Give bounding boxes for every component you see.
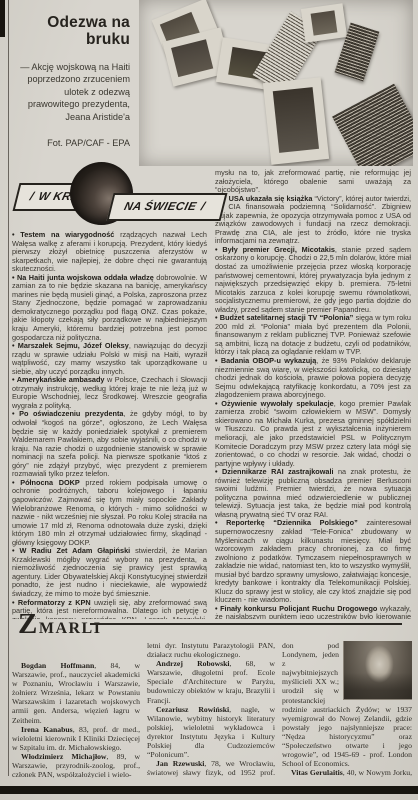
- popper-portrait-photo: [344, 641, 412, 699]
- obituary-name: Irena Kanabus: [21, 725, 73, 734]
- news-item-text: mysłu na to, jak zreformować partię, nie…: [215, 169, 411, 194]
- obituary-entry: Jan Rzewuski, 78, we Wrocławiu, światowe…: [147, 759, 275, 778]
- article-header: Odezwa na bruku — Akcję wojskową na Hait…: [14, 14, 130, 148]
- obituaries-rule: [90, 623, 402, 625]
- obituary-name: Włodzimierz Michajłow: [21, 752, 107, 761]
- obituary-text: , nagle, w Wilanowie, wybitny historyk l…: [147, 705, 275, 759]
- news-item-text: na znak protestu, że również telewizję p…: [215, 467, 411, 519]
- obituaries-title: Zmarli: [18, 608, 101, 641]
- news-item-text: , że gdyby mógł, to by odwołał “kogoś na…: [12, 409, 207, 478]
- news-item: • Na Haiti junta wojskowa oddała władzę …: [12, 274, 207, 342]
- obituary-entry: Vitas Gerulaitis, 40, w Nowym Jorku, b. …: [282, 768, 412, 778]
- news-item-text: dobrowolnie. W zamian za to nie będzie s…: [12, 273, 207, 342]
- news-item: • Północna DOKP przed rokiem podpisała u…: [12, 479, 207, 547]
- obituary-entry: Irena Kanabus, 83, prof. dr med., wielol…: [12, 725, 140, 752]
- scan-corner-mark: [0, 0, 5, 37]
- news-column-right: mysłu na to, jak zreformować partię, nie…: [215, 169, 411, 619]
- news-item: • W USA ukazała się książka “Victory”, k…: [215, 195, 411, 246]
- obituary-name: Jan Rzewuski: [156, 759, 204, 768]
- news-item-text: , stanie przed sądem oskarżony o korupcj…: [215, 245, 411, 314]
- obituary-text: letni dyr. Instytutu Parazytologii PAN, …: [147, 641, 275, 659]
- news-item: • Budżet satelitarnej stacji TV “Polonia…: [215, 314, 411, 357]
- news-item-text: stwierdził, że Marian Krzaklewski mógłby…: [12, 546, 207, 598]
- obituaries-column-3: don pod Londynem, jeden z najwybitniejsz…: [282, 641, 412, 778]
- photo-caption: — Akcję wojskową na Haiti poprzedzono zr…: [14, 61, 130, 123]
- obituary-entry: Bogdan Hoffmann, 84, w Warszawie, prof.,…: [12, 661, 140, 725]
- photo-credit: Fot. PAP/CAF - EPA: [14, 138, 130, 148]
- obituary-text: , 84, w Warszawie, prof., nauczyciel aka…: [12, 661, 140, 725]
- news-item-text: przed rokiem podpisała umowę o ochronie …: [12, 478, 207, 547]
- news-item: mysłu na to, jak zreformować partię, nie…: [215, 169, 411, 195]
- leaflet: [263, 77, 329, 165]
- news-item: • W Radiu Zet Adam Głapiński stwierdził,…: [12, 547, 207, 598]
- news-item: • Po oświadczeniu prezydenta, że gdyby m…: [12, 410, 207, 478]
- obituary-name: Andrzej Robowski: [156, 659, 230, 668]
- obituaries-column-1: Bogdan Hoffmann, 84, w Warszawie, prof.,…: [12, 641, 140, 778]
- section-banner: / W KRAJU NA ŚWIECIE /: [0, 160, 232, 230]
- obituary-name: Vitas Gerulaitis: [291, 768, 343, 777]
- leaflet: [301, 3, 347, 43]
- news-item: • Reporterkę “Dziennika Polskiego” zaint…: [215, 519, 411, 604]
- section-label-world: NA ŚWIECIE /: [107, 193, 228, 221]
- news-column-left: • Testem na wiarygodność rządzących nazw…: [12, 231, 207, 619]
- news-item: • Dziennikarze RAI zastrajkowali na znak…: [215, 468, 411, 519]
- newspaper-page: Odezwa na bruku — Akcję wojskową na Hait…: [0, 0, 418, 800]
- leaflet: [332, 84, 413, 166]
- obituary-entry: Andrzej Robowski, 68, w Warszawie, długo…: [147, 659, 275, 704]
- slash-decoration: /: [200, 201, 207, 213]
- obituary-entry: letni dyr. Instytutu Parazytologii PAN, …: [147, 641, 275, 659]
- page-bottom-rule: [0, 786, 418, 794]
- news-item: • Finały konkursu Policjant Ruchu Drogow…: [215, 605, 411, 619]
- obituary-entry: Cezariusz Rowiński, nagle, w Wilanowie, …: [147, 705, 275, 760]
- section-label-world-text: NA ŚWIECIE: [123, 201, 198, 213]
- news-item-text: “Victory”, której autor twierdzi, że CIA…: [215, 194, 411, 246]
- news-item: • Były premier Grecji, Micotakis, stanie…: [215, 246, 411, 314]
- news-item: • Ożywienie wywołały spekulacje, kogo pr…: [215, 400, 411, 468]
- obituaries-column-2: letni dyr. Instytutu Parazytologii PAN, …: [147, 641, 275, 778]
- news-item: • Testem na wiarygodność rządzących nazw…: [12, 231, 207, 274]
- obituaries-section: Bogdan Hoffmann, 84, w Warszawie, prof.,…: [12, 641, 412, 778]
- left-column-rule: [8, 0, 9, 776]
- news-item-text: , kogo premier Pawlak zamierza zrobić “s…: [215, 399, 411, 468]
- news-item: • Badania OBOP-u wykazują, że 93% Polakó…: [215, 357, 411, 400]
- obituary-name: Cezariusz Rowiński: [156, 705, 229, 714]
- slash-decoration: /: [28, 191, 35, 203]
- news-item: • Amerykańskie ambasady w Polsce, Czecha…: [12, 376, 207, 410]
- article-title: Odezwa na bruku: [14, 14, 130, 48]
- obituary-name: Bogdan Hoffmann: [21, 661, 94, 670]
- leaflets-on-pavement-photo: [139, 0, 413, 166]
- news-item-text: zainteresował supernowoczesny zakład “Te…: [215, 518, 411, 604]
- obituary-entry: Włodzimierz Michajłow, 89, w Warszawie, …: [12, 752, 140, 778]
- news-item: • Marszałek Sejmu, Józef Oleksy, nawiązu…: [12, 342, 207, 376]
